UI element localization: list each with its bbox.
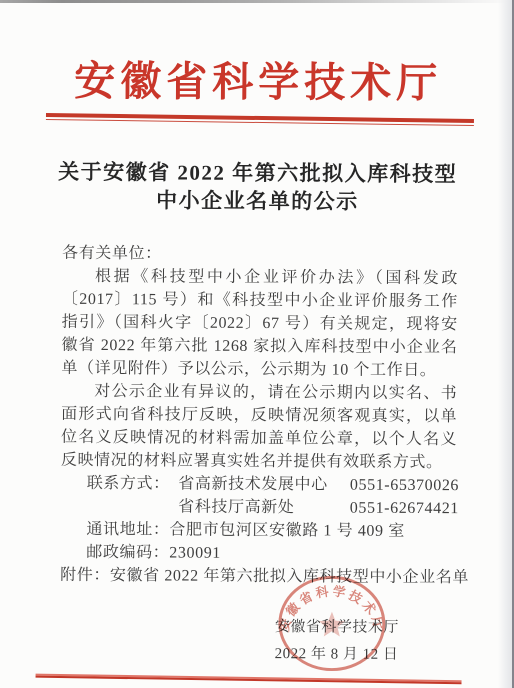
contact-row-1: 联系方式： 省高新技术发展中心 0551-65370026 (87, 472, 457, 497)
postcode-value: 230091 (169, 544, 221, 561)
contact-label-spacer (87, 511, 174, 512)
signoff-date: 2022 年 8 月 12 日 (275, 641, 399, 669)
contact-phone-1: 0551-65370026 (350, 476, 459, 494)
signoff-agency: 安徽省科学技术厅 (275, 614, 399, 642)
contact-block: 联系方式： 省高新技术发展中心 0551-65370026 省科技厅高新处 05… (86, 472, 457, 566)
document-title-line1: 关于安徽省 2022 年第六批拟入库科技型 (1, 157, 514, 188)
attachment-line: 附件：安徽省 2022 年第六批拟入库科技型中小企业名单 (60, 563, 456, 588)
postcode-label: 邮政编码： (86, 544, 169, 562)
document-title: 关于安徽省 2022 年第六批拟入库科技型 中小企业名单的公示 (0, 157, 514, 216)
contact-phone-2: 0551-62674421 (350, 499, 459, 517)
scan-edge-top (0, 0, 514, 3)
address-label: 通讯地址： (86, 521, 169, 539)
signoff-block: 安徽省科学技术厅 2022 年 8 月 12 日 (275, 614, 399, 669)
document-body: 各有关单位： 根据《科技型中小企业评价办法》（国科发政〔2017〕115 号）和… (60, 241, 458, 588)
contact-row-2: 省科技厅高新处 0551-62674421 (87, 495, 457, 520)
document-content: 安徽省科学技术厅 关于安徽省 2022 年第六批拟入库科技型 中小企业名单的公示… (0, 0, 514, 688)
paragraph-objection-procedure: 对公示企业有异议的，请在公示期内以实名、书面形式向省科技厅反映，反映情况须客观真… (61, 379, 458, 473)
salutation: 各有关单位： (62, 241, 458, 266)
address-row: 通讯地址：合肥市包河区安徽路 1 号 409 室 (86, 518, 456, 543)
address-value: 合肥市包河区安徽路 1 号 409 室 (169, 521, 405, 539)
paragraph-legal-basis: 根据《科技型中小企业评价办法》（国科发政〔2017〕115 号）和《科技型中小企… (61, 264, 458, 381)
scanned-document-page: 安徽省科学技术厅 关于安徽省 2022 年第六批拟入库科技型 中小企业名单的公示… (0, 0, 514, 688)
document-title-line2: 中小企业名单的公示 (0, 185, 514, 216)
contact-org-2: 省科技厅高新处 (178, 495, 345, 519)
letterhead-divider (46, 113, 474, 126)
contact-label: 联系方式： (87, 472, 174, 496)
contact-org-1: 省高新技术发展中心 (178, 472, 345, 496)
bottom-page-divider (36, 674, 462, 685)
postcode-row: 邮政编码：230091 (86, 541, 456, 566)
letterhead-agency-name: 安徽省科学技术厅 (1, 54, 514, 109)
